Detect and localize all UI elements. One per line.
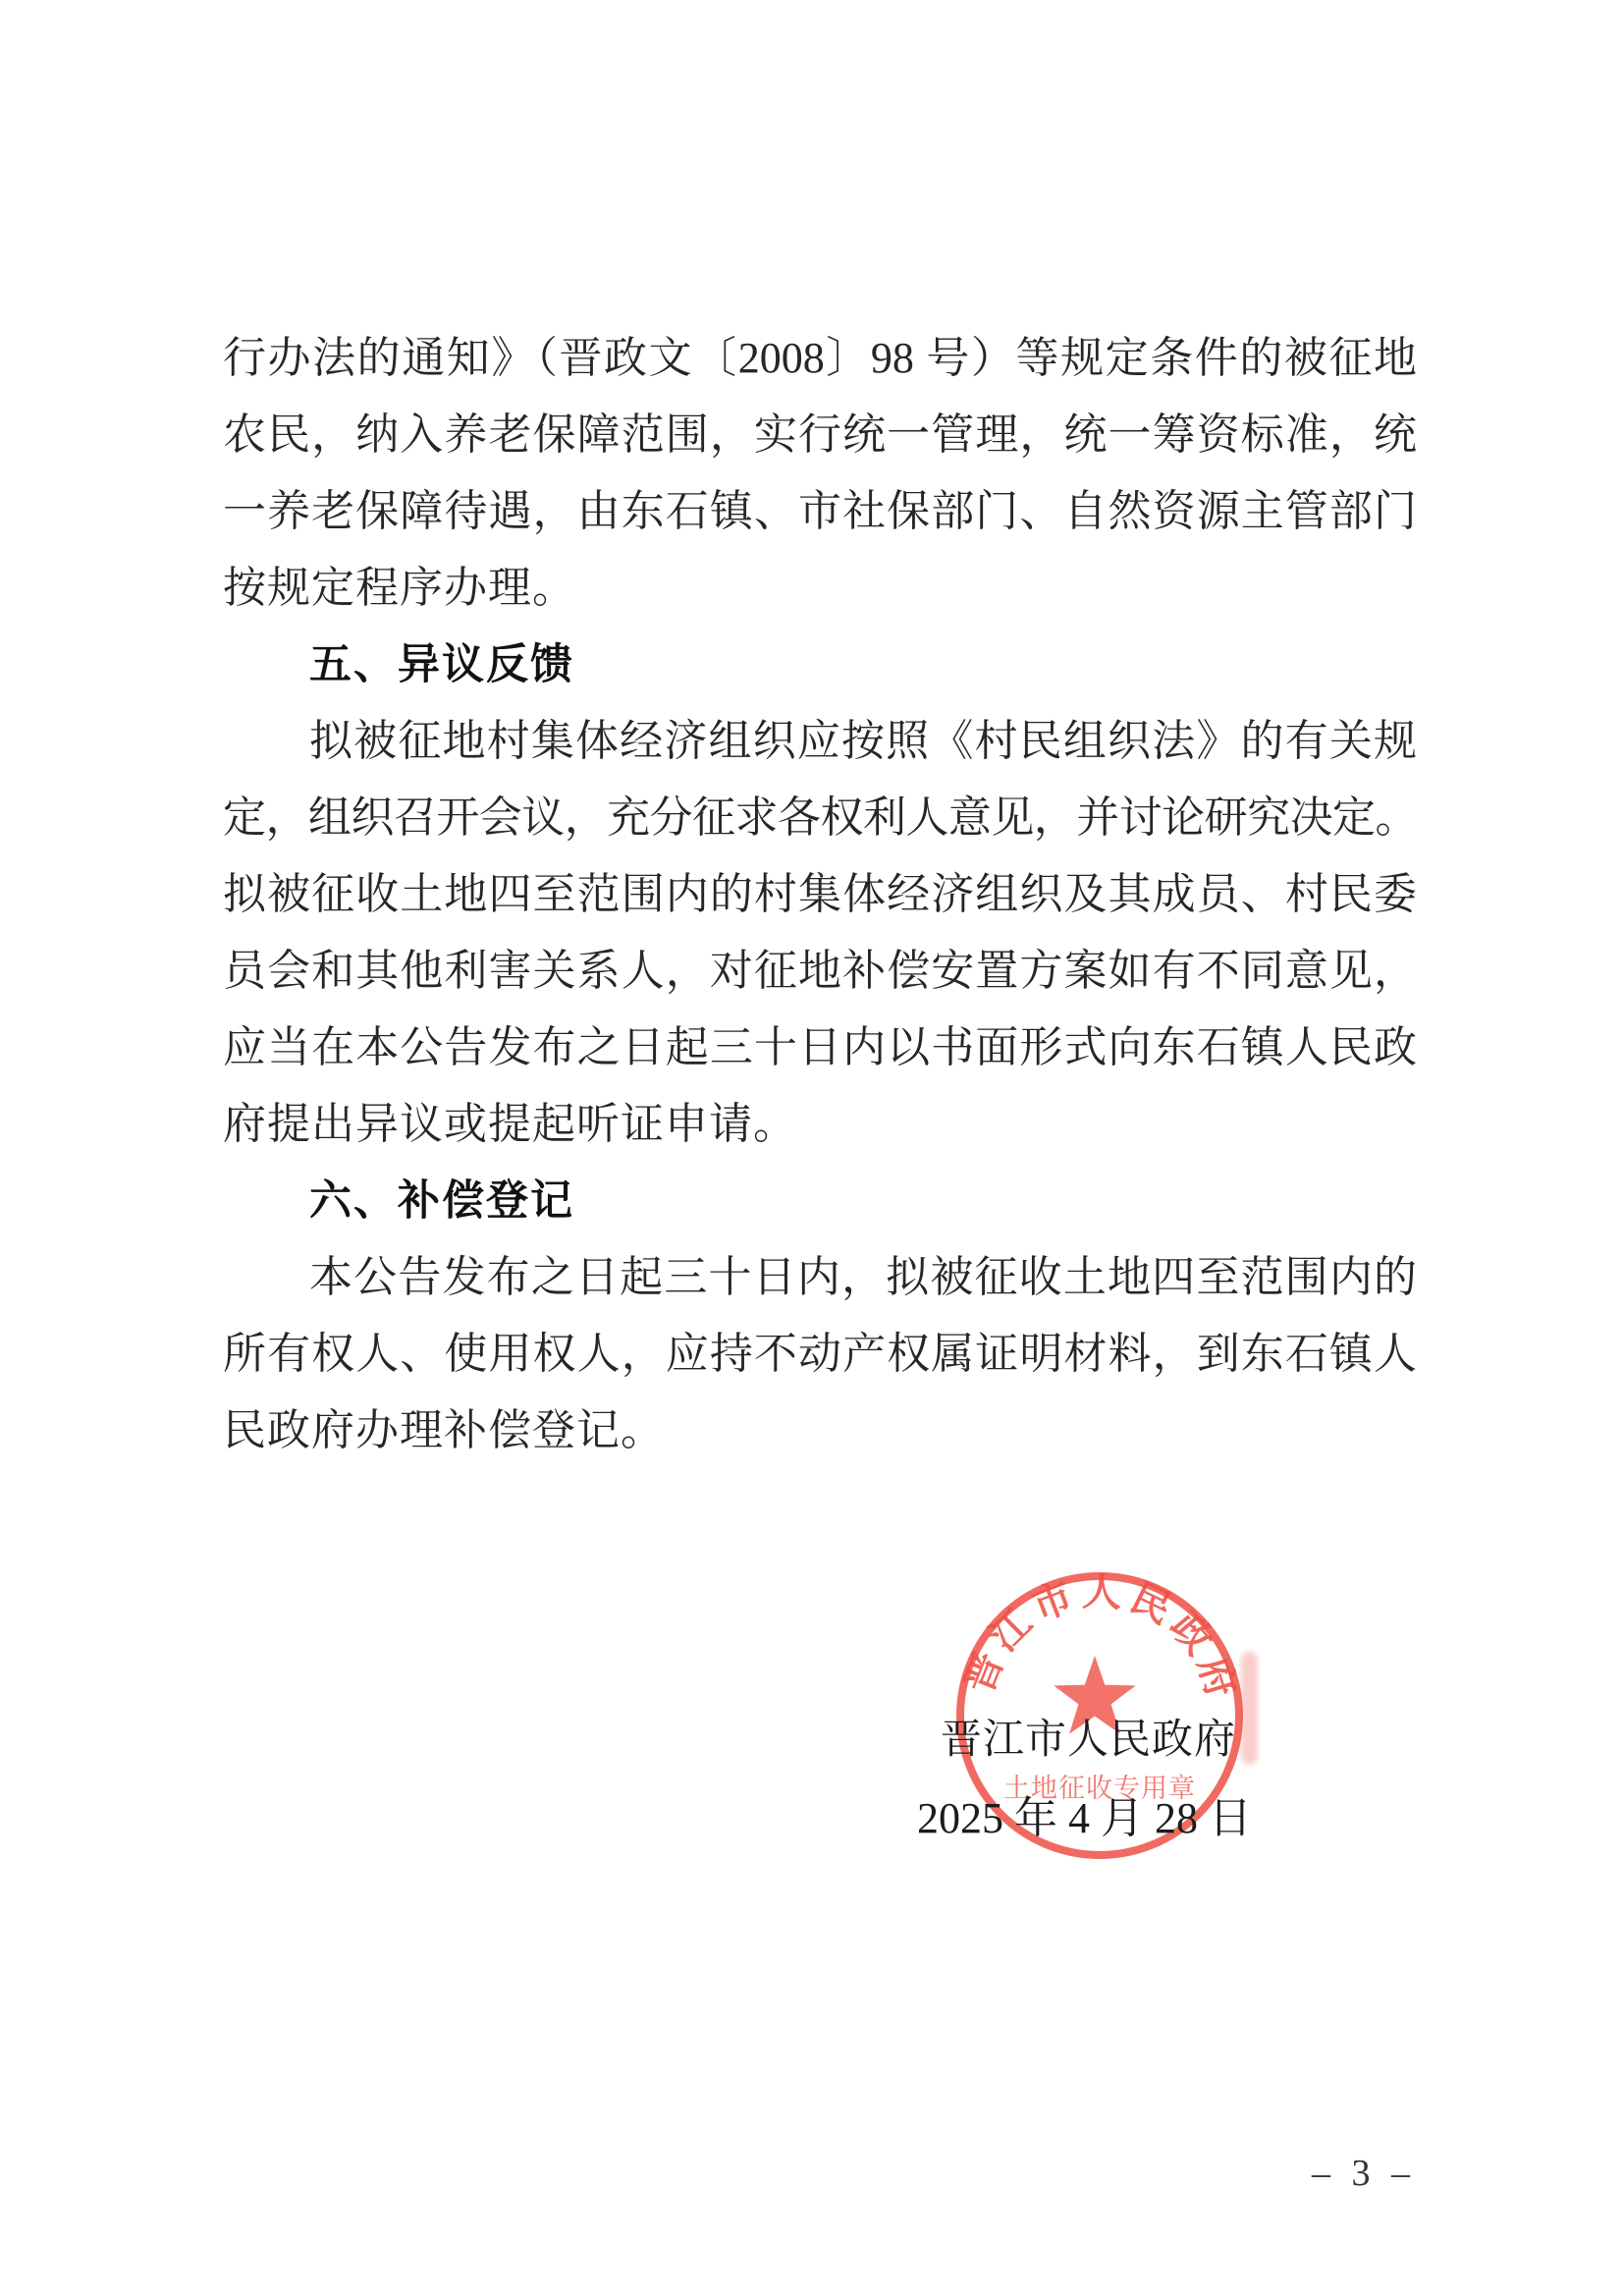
section-heading: 六、补偿登记 [223, 1163, 1417, 1239]
page-number: – 3 – [1312, 2152, 1416, 2195]
text-line: 行办法的通知》（晋政文〔2008〕98 号）等规定条件的被征地 [223, 320, 1417, 397]
seal-smudge [1241, 1652, 1258, 1765]
text-line: 一养老保障待遇，由东石镇、市社保部门、自然资源主管部门 [223, 473, 1417, 550]
issue-date: 2025 年 4 月 28 日 [917, 1794, 1252, 1843]
text-line: 本公告发布之日起三十日内，拟被征收土地四至范围内的 [223, 1239, 1417, 1316]
text-line: 拟被征收土地四至范围内的村集体经济组织及其成员、村民委 [223, 856, 1417, 933]
text-line: 定，组织召开会议，充分征求各权利人意见，并讨论研究决定。 [223, 780, 1417, 856]
text-line: 府提出异议或提起听证申请。 [223, 1086, 1417, 1163]
text-line: 拟被征地村集体经济组织应按照《村民组织法》的有关规 [223, 703, 1417, 780]
document-page: 行办法的通知》（晋政文〔2008〕98 号）等规定条件的被征地 农民，纳入养老保… [0, 0, 1623, 2296]
document-body: 行办法的通知》（晋政文〔2008〕98 号）等规定条件的被征地 农民，纳入养老保… [223, 320, 1417, 1469]
text-line: 农民，纳入养老保障范围，实行统一管理，统一筹资标准，统 [223, 397, 1417, 473]
issuer-name: 晋江市人民政府 [941, 1716, 1236, 1765]
text-line: 所有权人、使用权人，应持不动产权属证明材料，到东石镇人 [223, 1316, 1417, 1393]
text-line: 应当在本公告发布之日起三十日内以书面形式向东石镇人民政 [223, 1010, 1417, 1086]
text-line: 按规定程序办理。 [223, 550, 1417, 627]
text-line: 员会和其他利害关系人，对征地补偿安置方案如有不同意见， [223, 933, 1417, 1010]
section-heading: 五、异议反馈 [223, 627, 1417, 703]
text-line: 民政府办理补偿登记。 [223, 1393, 1417, 1469]
